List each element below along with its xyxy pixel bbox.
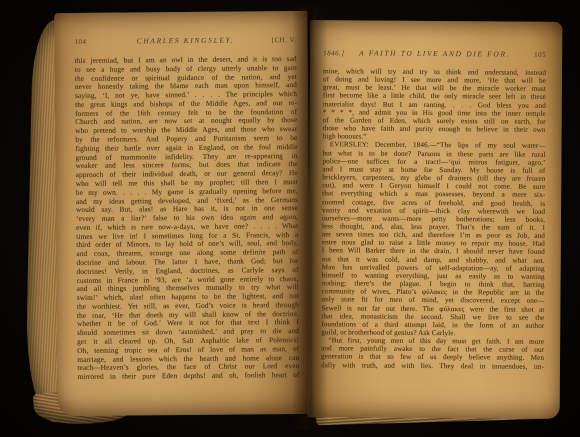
chapter-reference: [CH. V. [266,36,296,44]
left-page-content: 104 CHARLES KINGSLEY. [CH. V. this jerem… [74,35,299,382]
running-header-left: CHARLES KINGSLEY. [104,35,266,45]
left-page-text: this jeremiad, but I am an owl in the de… [75,55,300,382]
page-number-right: 105 [516,51,546,59]
book-photo: 104 CHARLES KINGSLEY. [CH. V. this jerem… [0,0,580,437]
running-header-right: A FAITH TO LIVE AND DIE FOR. [353,48,516,58]
text-line: mirrored in their pure Eden depths! and … [77,371,299,382]
text-line: dally with truth, and with lies. They de… [321,361,544,371]
right-page-content: 1846.] A FAITH TO LIVE AND DIE FOR. 105 … [321,48,546,370]
left-page-header: 104 CHARLES KINGSLEY. [CH. V. [74,35,296,46]
book-right-page: 1846.] A FAITH TO LIVE AND DIE FOR. 105 … [308,20,563,419]
year-reference: 1846.] [323,49,353,57]
right-page-header: 1846.] A FAITH TO LIVE AND DIE FOR. 105 [323,48,546,59]
page-number-left: 104 [74,38,104,46]
right-page-text: mine, which will try and try to think an… [321,67,546,370]
book-left-page: 104 CHARLES KINGSLEY. [CH. V. this jerem… [54,11,311,416]
